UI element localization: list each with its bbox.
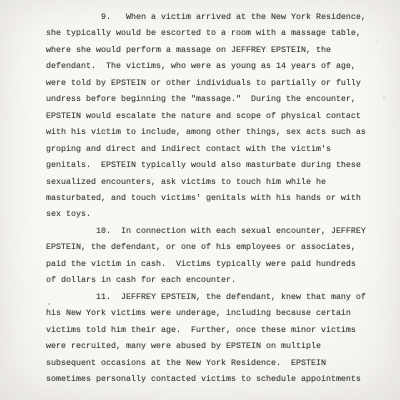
- text-line: were told by EPSTEIN or other individual…: [46, 76, 400, 92]
- text-line: with his victim to include, among other …: [46, 125, 400, 141]
- text-line: undress before beginning the "massage." …: [46, 92, 400, 108]
- text-line: victims told him their age. Further, onc…: [46, 323, 400, 339]
- text-line: 10. In connection with each sexual encou…: [46, 224, 400, 240]
- scan-speck: [383, 97, 385, 99]
- text-line: genitals. EPSTEIN typically would also m…: [46, 158, 400, 174]
- text-line: 11. JEFFREY EPSTEIN, the defendant, knew…: [46, 290, 400, 306]
- text-line: sex toys.: [46, 207, 400, 223]
- document-page: 9. When a victim arrived at the New York…: [0, 0, 400, 400]
- text-line: sometimes personally contacted victims t…: [46, 372, 400, 388]
- text-line: paid the victim in cash. Victims typical…: [46, 257, 400, 273]
- text-line: she typically would be escorted to a roo…: [46, 26, 400, 42]
- scan-speck: [104, 131, 106, 132]
- text-line: were recruited, many were abused by EPST…: [46, 339, 400, 355]
- text-line: masturbated, and touch victims' genitals…: [46, 191, 400, 207]
- text-line: 9. When a victim arrived at the New York…: [46, 10, 400, 26]
- text-line: EPSTEIN, the defendant, or one of his em…: [46, 240, 400, 256]
- scan-speck: [48, 303, 50, 305]
- text-line: of dollars in cash for each encounter.: [46, 273, 400, 289]
- text-line: his New York victims were underage, incl…: [46, 306, 400, 322]
- document-text: 9. When a victim arrived at the New York…: [46, 10, 400, 388]
- text-line: defendant. The victims, who were as youn…: [46, 59, 400, 75]
- text-line: EPSTEIN would escalate the nature and sc…: [46, 109, 400, 125]
- text-line: sexualized encounters, ask victims to to…: [46, 175, 400, 191]
- text-line: where she would perform a massage on JEF…: [46, 43, 400, 59]
- text-line: subsequent occasions at the New York Res…: [46, 356, 400, 372]
- scan-speck: [377, 40, 378, 43]
- text-line: groping and direct and indirect contact …: [46, 142, 400, 158]
